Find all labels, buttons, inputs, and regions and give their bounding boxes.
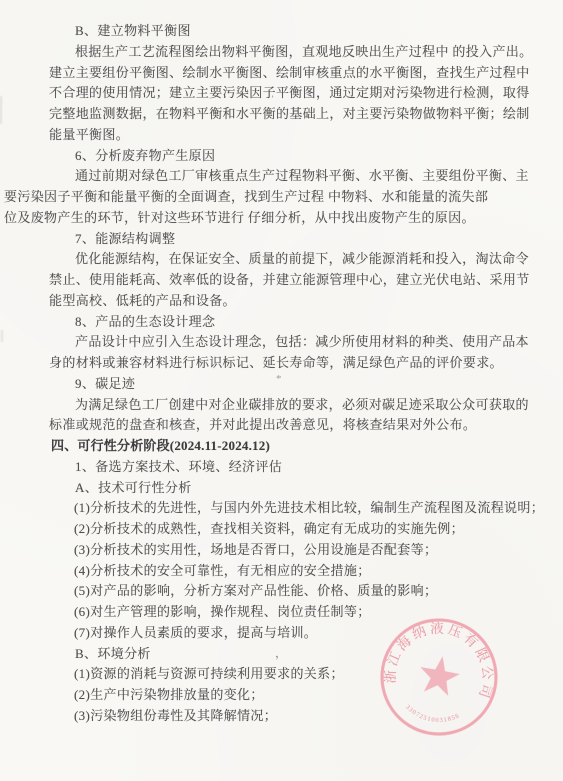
scan-smudge <box>0 96 2 124</box>
heading-scheme-evaluation: 1、备选方案技术、环境、经济评估 <box>49 457 532 478</box>
heading-waste-cause: 6、分析废弃物产生原因 <box>49 146 532 167</box>
paragraph-line: 位及废物产生的环节，针对这些环节进行 仔细分析，从中找出废物产生的原因。 <box>4 208 532 229</box>
paragraph-line: 禁止、使用能耗高、效率低的设备，并建立能源管理中心，建立光伏电站、采用节 <box>49 270 532 291</box>
heading-material-balance: B、建立物料平衡图 <box>49 21 532 42</box>
paragraph-line: 身的材料或兼容材料进行标识标记、延长寿命等，满足绿色产品的评价要求。 <box>49 353 532 374</box>
heading-feasibility-phase: 四、可行性分析阶段(2024.11-2024.12) <box>49 436 532 457</box>
heading-eco-design: 8、产品的生态设计理念 <box>49 312 532 333</box>
seal-serial-number: 33072510031856 <box>402 703 462 728</box>
paragraph-line: 产品设计中应引入生态设计理念，包括：减少所使用材料的种类、使用产品本 <box>49 332 532 353</box>
paragraph-line: 完整地监测数据，在物料平衡和水平衡的基础上，对主要污染物做物料平衡；绘制 <box>49 104 532 125</box>
paragraph-line: 标准或规范的盘查和核查，并对此提出改善意见，将核查结果对外公布。 <box>49 415 532 436</box>
heading-tech-feasibility: A、技术可行性分析 <box>49 478 532 499</box>
paragraph-line: 通过前期对绿色工厂审核重点生产过程物料平衡、水平衡、主要组份平衡、主 <box>49 166 532 187</box>
heading-carbon-footprint: 9、碳足迹 <box>49 374 532 395</box>
scan-artifact: * <box>276 374 282 384</box>
paragraph-line: 建立主要组份平衡图、绘制水平衡图、绘制审核重点的水平衡图，查找生产过程中 <box>49 63 532 84</box>
paragraph-line: 要污染因子平衡和能量平衡的全面调查，找到生产过程 中物料、水和能量的流失部 <box>4 187 532 208</box>
paragraph-line: 能量平衡图。 <box>49 125 532 146</box>
star-icon <box>416 653 462 697</box>
paragraph-line: 不合理的使用情况；建立主要污染因子平衡图，通过定期对污染物进行检测，取得 <box>49 83 532 104</box>
paragraph-line: 为满足绿色工厂创建中对企业碳排放的要求，必须对碳足迹采取公众可获取的 <box>49 395 532 416</box>
company-seal-stamp: 浙江海纳液压有限公司 33072510031856 <box>368 606 509 747</box>
list-item: (4)分析技术的安全可靠性，有无相应的安全措施； <box>49 561 532 582</box>
list-item: (1)分析技术的先进性，与国内外先进技术相比较，编制生产流程图及流程说明； <box>49 498 532 519</box>
paragraph-line: 根据生产工艺流程图绘出物料平衡图，直观地反映出生产过程中 的投入产出。 <box>49 42 532 63</box>
list-item: (5)对产品的影响，分析方案对产品性能、价格、质量的影响； <box>49 581 532 602</box>
scan-artifact: ， <box>275 648 287 658</box>
heading-energy-structure: 7、能源结构调整 <box>49 229 532 250</box>
scan-artifact: ’ <box>271 94 274 104</box>
paragraph-line: 能型高校、低耗的产品和设备。 <box>49 291 532 312</box>
paragraph-line: 优化能源结构，在保证安全、质量的前提下，减少能源消耗和投入，淘汰命令 <box>49 249 532 270</box>
list-item: (2)分析技术的成熟性，查找相关资料，确定有无成功的实施先例； <box>49 519 532 540</box>
scan-smudge <box>1 330 3 342</box>
scanned-document-page: B、建立物料平衡图 根据生产工艺流程图绘出物料平衡图，直观地反映出生产过程中 的… <box>0 0 563 781</box>
list-item: (3)分析技术的实用性，场地是否胥口，公用设施是否配套等； <box>49 540 532 561</box>
